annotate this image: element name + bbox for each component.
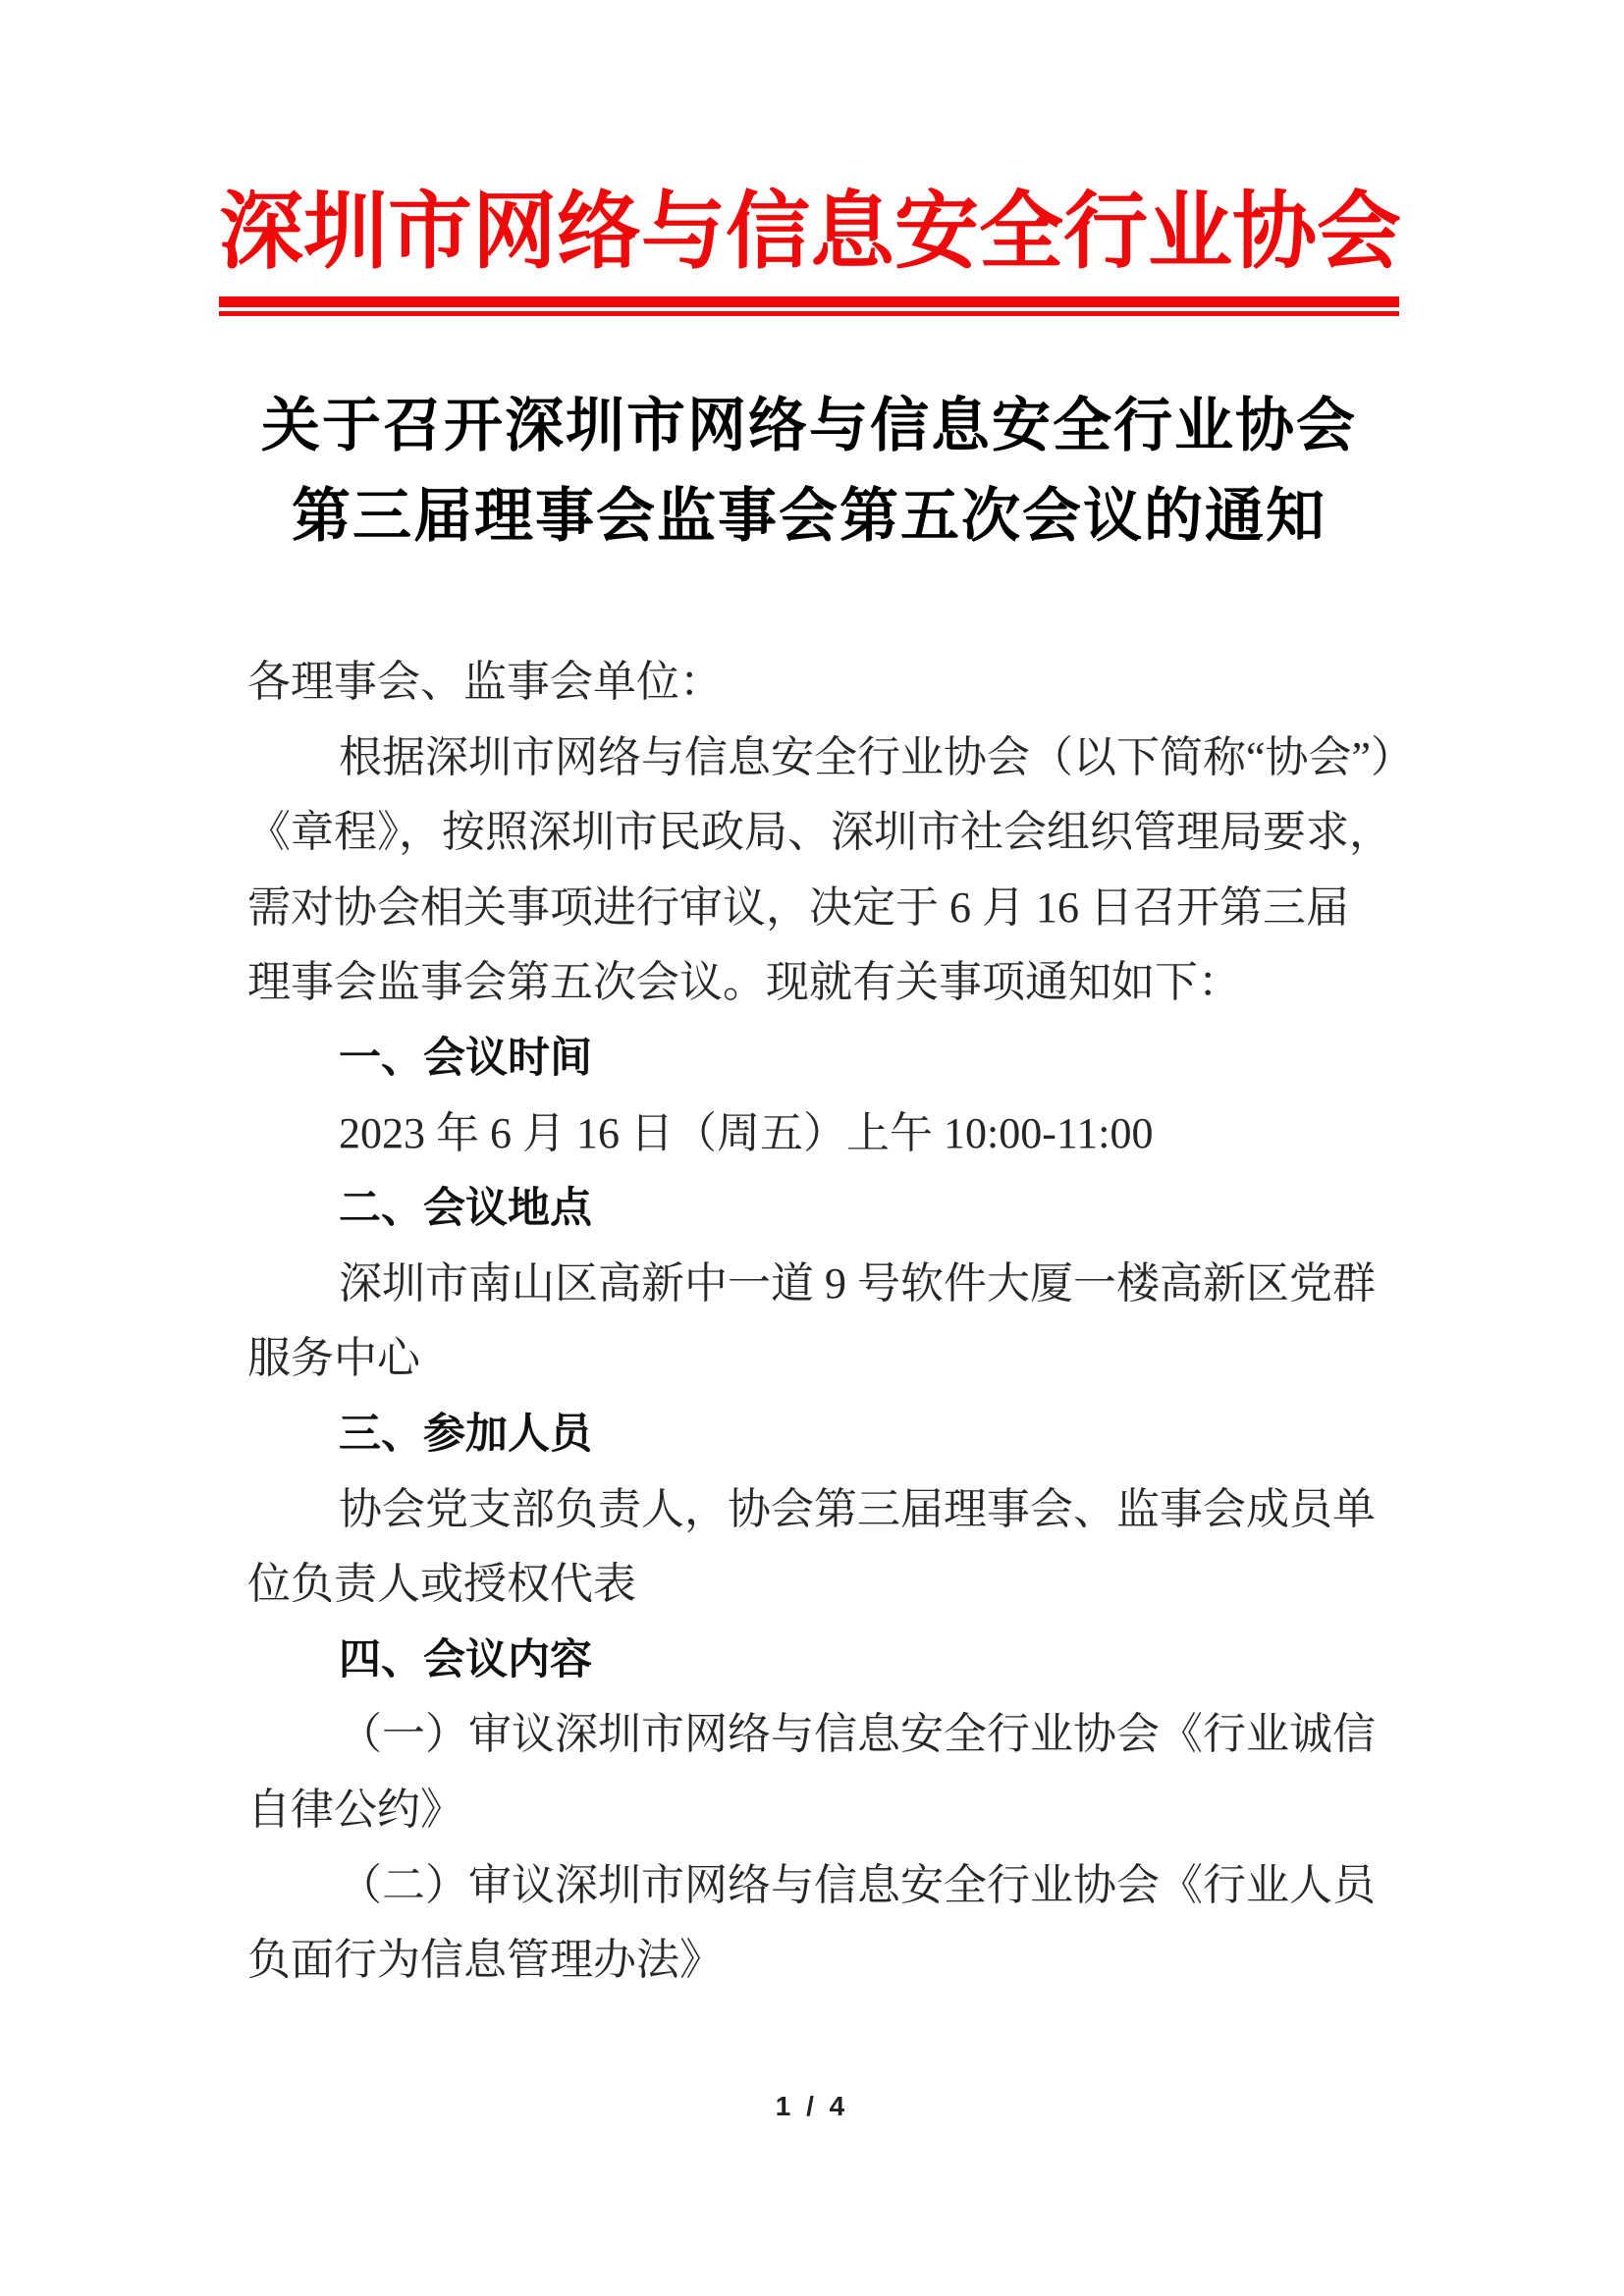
body-line: 需对协会相关事项进行审议，决定于 6 月 16 日召开第三届 bbox=[247, 871, 1416, 946]
body-line: 负面行为信息管理办法》 bbox=[247, 1923, 1416, 1999]
body-line: （一）审议深圳市网络与信息安全行业协会《行业诚信 bbox=[247, 1697, 1416, 1773]
body-line: 各理事会、监事会单位： bbox=[247, 645, 1416, 721]
body-text-block: 各理事会、监事会单位：根据深圳市网络与信息安全行业协会（以下简称“协会”）《章程… bbox=[247, 645, 1416, 1999]
body-line: 二、会议地点 bbox=[247, 1171, 1416, 1247]
body-line: 位负责人或授权代表 bbox=[247, 1547, 1416, 1623]
document-page: 深圳市网络与信息安全行业协会 关于召开深圳市网络与信息安全行业协会 第三届理事会… bbox=[0, 0, 1624, 2296]
body-line: 理事会监事会第五次会议。现就有关事项通知如下： bbox=[247, 945, 1416, 1021]
body-line: 四、会议内容 bbox=[247, 1623, 1416, 1698]
body-line: 深圳市南山区高新中一道 9 号软件大厦一楼高新区党群 bbox=[247, 1247, 1416, 1322]
letterhead-title: 深圳市网络与信息安全行业协会 bbox=[219, 183, 1399, 281]
body-line: 三、参加人员 bbox=[247, 1397, 1416, 1472]
page-number: 1 / 4 bbox=[0, 2089, 1624, 2124]
document-title: 关于召开深圳市网络与信息安全行业协会 第三届理事会监事会第五次会议的通知 bbox=[219, 381, 1399, 561]
letterhead-divider-thin bbox=[219, 311, 1399, 316]
body-line: 根据深圳市网络与信息安全行业协会（以下简称“协会”） bbox=[247, 721, 1416, 796]
body-line: （二）审议深圳市网络与信息安全行业协会《行业人员 bbox=[247, 1848, 1416, 1924]
body-line: 服务中心 bbox=[247, 1321, 1416, 1397]
body-line: 自律公约》 bbox=[247, 1773, 1416, 1848]
letterhead-divider-thick bbox=[219, 296, 1399, 307]
body-line: 2023 年 6 月 16 日（周五）上午 10:00-11:00 bbox=[247, 1096, 1416, 1172]
body-line: 一、会议时间 bbox=[247, 1021, 1416, 1096]
body-line: 协会党支部负责人，协会第三届理事会、监事会成员单 bbox=[247, 1472, 1416, 1548]
body-line: 《章程》，按照深圳市民政局、深圳市社会组织管理局要求， bbox=[247, 795, 1416, 871]
document-title-line-1: 关于召开深圳市网络与信息安全行业协会 bbox=[219, 381, 1399, 471]
document-title-line-2: 第三届理事会监事会第五次会议的通知 bbox=[219, 471, 1399, 561]
